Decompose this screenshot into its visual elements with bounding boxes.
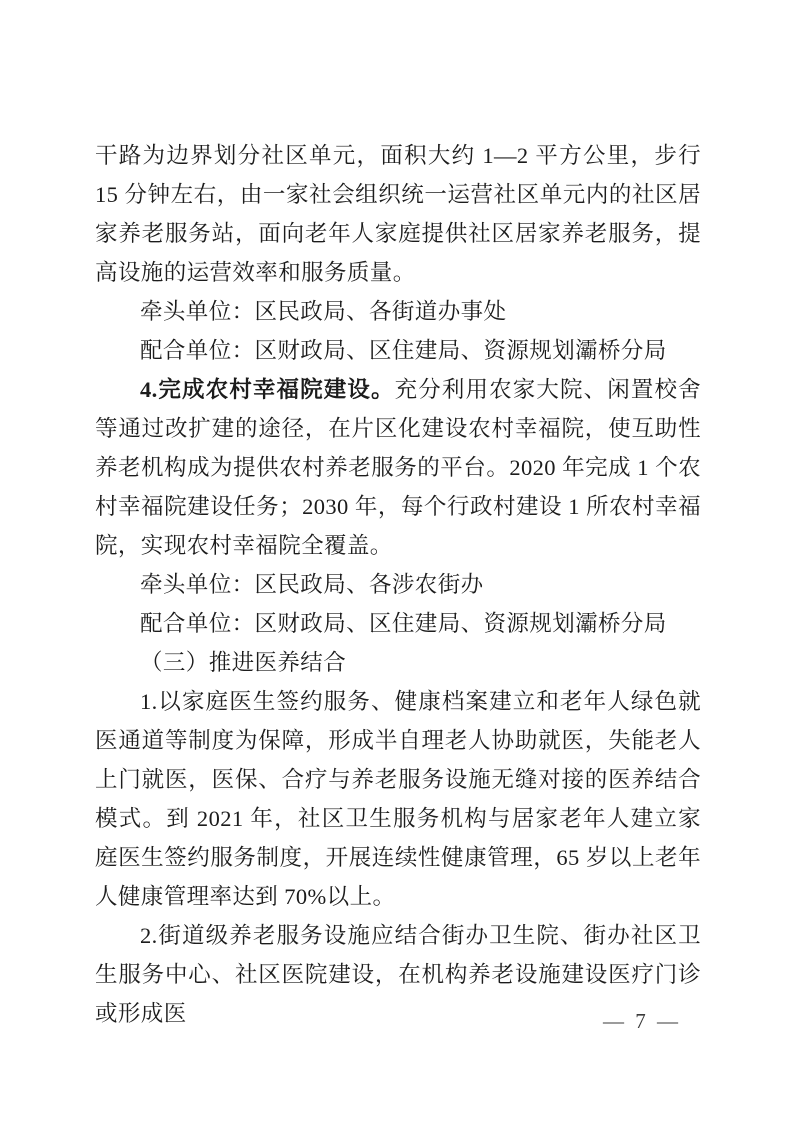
paragraph-item-1: 1.以家庭医生签约服务、健康档案建立和老年人绿色就医通道等制度为保障，形成半自理… — [95, 682, 701, 916]
paragraph-task-4: 4.完成农村幸福院建设。充分利用农家大院、闲置校舍等通过改扩建的途径，在片区化建… — [95, 370, 701, 565]
support-unit-line-2: 配合单位：区财政局、区住建局、资源规划灞桥分局 — [95, 604, 701, 643]
document-body: 干路为边界划分社区单元，面积大约 1—2 平方公里，步行 15 分钟左右，由一家… — [95, 136, 701, 1033]
lead-unit-line-2: 牵头单位：区民政局、各涉农街办 — [95, 565, 701, 604]
lead-unit-line-1: 牵头单位：区民政局、各街道办事处 — [95, 292, 701, 331]
section-heading-3: （三）推进医养结合 — [95, 643, 701, 682]
task-4-body: 充分利用农家大院、闲置校舍等通过改扩建的途径，在片区化建设农村幸福院，使互助性养… — [95, 377, 701, 558]
page-number: — 7 — — [603, 1006, 681, 1036]
support-unit-line-1: 配合单位：区财政局、区住建局、资源规划灞桥分局 — [95, 331, 701, 370]
task-4-title: 4.完成农村幸福院建设。 — [140, 377, 395, 402]
document-page: 干路为边界划分社区单元，面积大约 1—2 平方公里，步行 15 分钟左右，由一家… — [0, 0, 793, 1122]
paragraph-continuation: 干路为边界划分社区单元，面积大约 1—2 平方公里，步行 15 分钟左右，由一家… — [95, 136, 701, 292]
